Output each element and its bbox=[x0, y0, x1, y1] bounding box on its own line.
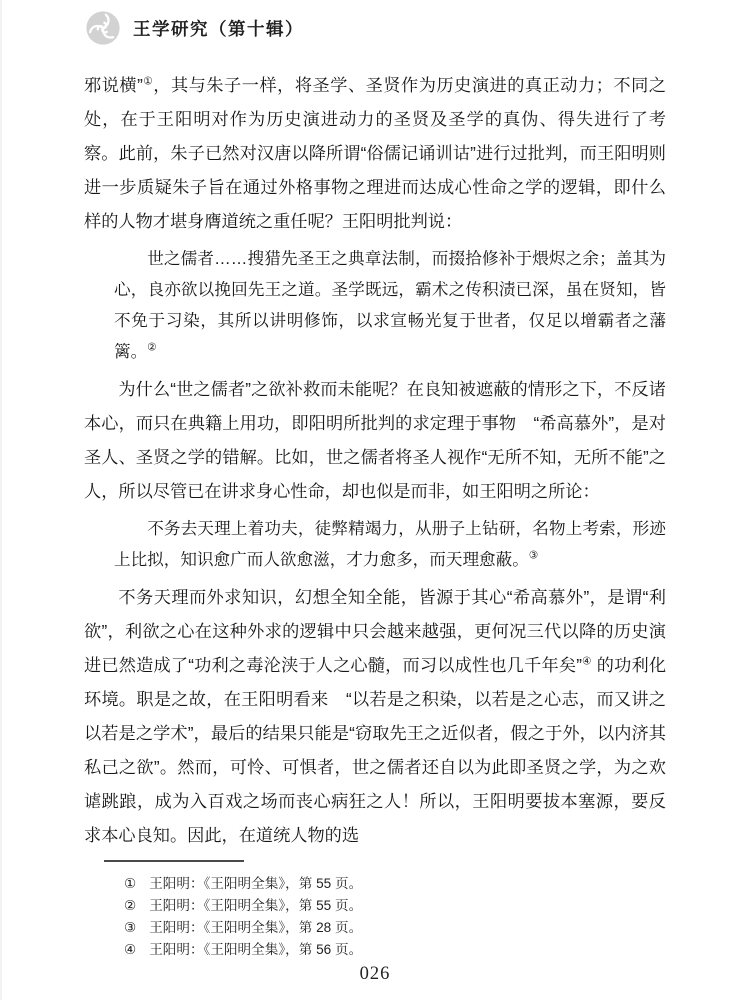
page-body: 邪说横”①，其与朱子一样，将圣学、圣贤作为历史演进的真正动力；不同之处，在于王阳… bbox=[84, 68, 666, 961]
footnote-marker: ① bbox=[124, 873, 136, 895]
body-paragraph: 为什么“世之儒者”之欲补救而未能呢？在良知被遮蔽的情形之下，不反诸本心，而只在典… bbox=[84, 372, 666, 508]
running-header: 王学研究（第十辑） bbox=[0, 0, 750, 47]
footnote-item: ③ 王阳明：《王阳明全集》，第 28 页。 bbox=[84, 917, 666, 939]
footnote-marker: ② bbox=[124, 895, 136, 917]
footnote-text: 王阳明：《王阳明全集》，第 56 页。 bbox=[149, 939, 666, 961]
footnote-item: ④ 王阳明：《王阳明全集》，第 56 页。 bbox=[84, 939, 666, 961]
footnote-item: ② 王阳明：《王阳明全集》，第 55 页。 bbox=[84, 895, 666, 917]
footnote-text: 王阳明：《王阳明全集》，第 55 页。 bbox=[149, 895, 666, 917]
footnote-text: 王阳明：《王阳明全集》，第 28 页。 bbox=[149, 917, 666, 939]
block-quote: 不务去天理上着功夫，徒弊精竭力，从册子上钻研，名物上考索，形迹上比拟，知识愈广而… bbox=[114, 513, 666, 575]
footnote-separator bbox=[104, 860, 244, 862]
scan-page-edge bbox=[0, 0, 2, 1000]
block-quote: 世之儒者……搜猎先圣王之典章法制，而掇拾修补于煨烬之余；盖其为心，良亦欲以挽回先… bbox=[114, 243, 666, 367]
footnote-section: ① 王阳明：《王阳明全集》，第 55 页。 ② 王阳明：《王阳明全集》，第 55… bbox=[84, 860, 666, 961]
page-number: 026 bbox=[0, 964, 750, 985]
footnote-item: ① 王阳明：《王阳明全集》，第 55 页。 bbox=[84, 873, 666, 895]
footnote-marker: ③ bbox=[124, 917, 136, 939]
body-paragraph: 邪说横”①，其与朱子一样，将圣学、圣贤作为历史演进的真正动力；不同之处，在于王阳… bbox=[84, 68, 666, 238]
footnote-text: 王阳明：《王阳明全集》，第 55 页。 bbox=[149, 873, 666, 895]
footnote-marker: ④ bbox=[124, 939, 136, 961]
publisher-swirl-logo-icon bbox=[84, 9, 122, 47]
body-paragraph: 不务天理而外求知识，幻想全知全能，皆源于其心“希高慕外”，是谓“利欲”，利欲之心… bbox=[84, 580, 666, 852]
book-series-title: 王学研究（第十辑） bbox=[133, 16, 304, 41]
